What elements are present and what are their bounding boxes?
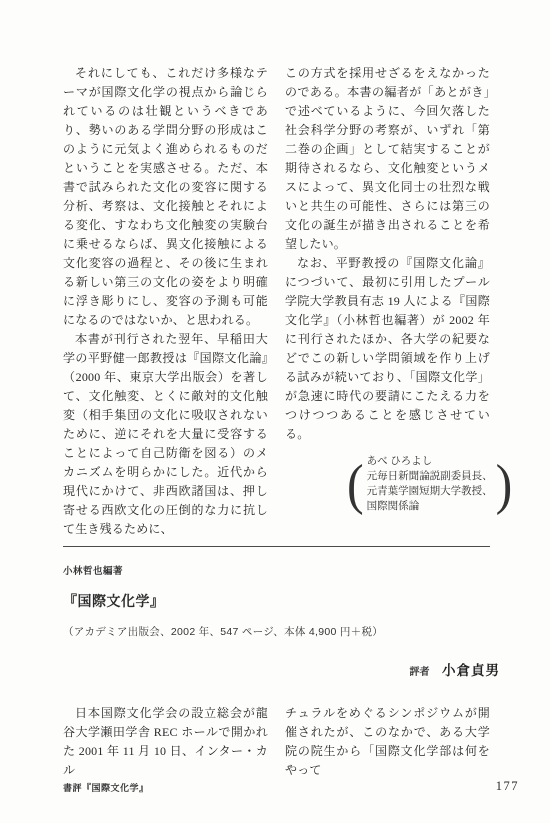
- reviewer-credential: 元青葉学園短期大学教授、: [367, 484, 493, 499]
- review-paragraph: それにしても、これだけ多様なテーマが国際文化学の視点から論じられているのは壮観と…: [63, 64, 268, 330]
- review-paragraph: 本書が刊行された翌年、早稲田大学の平野健一郎教授は『国際文化論』（2000 年、…: [63, 330, 268, 539]
- review-paragraph: チュラルをめぐるシンポジウムが開催されたが、このなかで、ある大学院の院生から「国…: [285, 704, 490, 780]
- reviewer-credentials-block: ( あべ ひろよし 元毎日新聞論説副委員長、 元青葉学園短期大学教授、 国際関係…: [347, 454, 490, 514]
- close-paren-glyph: ): [496, 450, 513, 517]
- open-paren-glyph: (: [347, 450, 364, 517]
- page-number: 177: [496, 779, 519, 794]
- next-left-column: 日本国際文化学会の設立総会が龍谷大学瀬田学舎 REC ホールで開かれた 2001…: [63, 704, 268, 780]
- reviewer-credentials-lines: あべ ひろよし 元毎日新聞論説副委員長、 元青葉学園短期大学教授、 国際関係論: [364, 454, 496, 514]
- reviewer-name-kana: あべ ひろよし: [367, 454, 493, 469]
- reviewer-name: 小倉貞男: [442, 663, 500, 678]
- book-title: 『国際文化学』: [63, 591, 490, 611]
- reviewer-line: 評者 小倉貞男: [63, 659, 500, 680]
- page-footer: 書評『国際文化学』 177: [0, 779, 550, 799]
- reviewer-label: 評者: [410, 667, 430, 678]
- review-paragraph: なお、平野教授の『国際文化論』につづいて、最初に引用したプール学院大学教員有志 …: [285, 254, 490, 444]
- review-left-column: それにしても、これだけ多様なテーマが国際文化学の視点から論じられているのは壮観と…: [63, 64, 268, 539]
- review-paragraph: この方式を採用せざるをえなかったのである。本書の編者が「あとがき」で述べているよ…: [285, 64, 490, 254]
- book-editor: 小林哲也編著: [63, 563, 490, 577]
- next-review-body: 日本国際文化学会の設立総会が龍谷大学瀬田学舎 REC ホールで開かれた 2001…: [63, 704, 490, 780]
- journal-page: それにしても、これだけ多様なテーマが国際文化学の視点から論じられているのは壮観と…: [0, 0, 550, 823]
- section-divider: [63, 546, 490, 547]
- book-info: 小林哲也編著 『国際文化学』 （アカデミア出版会、2002 年、547 ページ、…: [63, 563, 490, 680]
- review-right-column: この方式を採用せざるをえなかったのである。本書の編者が「あとがき」で述べているよ…: [285, 64, 490, 539]
- book-publication-info: （アカデミア出版会、2002 年、547 ページ、本体 4,900 円＋税）: [63, 624, 490, 639]
- running-title: 書評『国際文化学』: [63, 781, 149, 794]
- review-paragraph: 日本国際文化学会の設立総会が龍谷大学瀬田学舎 REC ホールで開かれた 2001…: [63, 704, 268, 780]
- reviewer-credential: 元毎日新聞論説副委員長、: [367, 469, 493, 484]
- reviewer-credential: 国際関係論: [367, 499, 493, 514]
- review-body: それにしても、これだけ多様なテーマが国際文化学の視点から論じられているのは壮観と…: [63, 64, 490, 539]
- next-right-column: チュラルをめぐるシンポジウムが開催されたが、このなかで、ある大学院の院生から「国…: [285, 704, 490, 780]
